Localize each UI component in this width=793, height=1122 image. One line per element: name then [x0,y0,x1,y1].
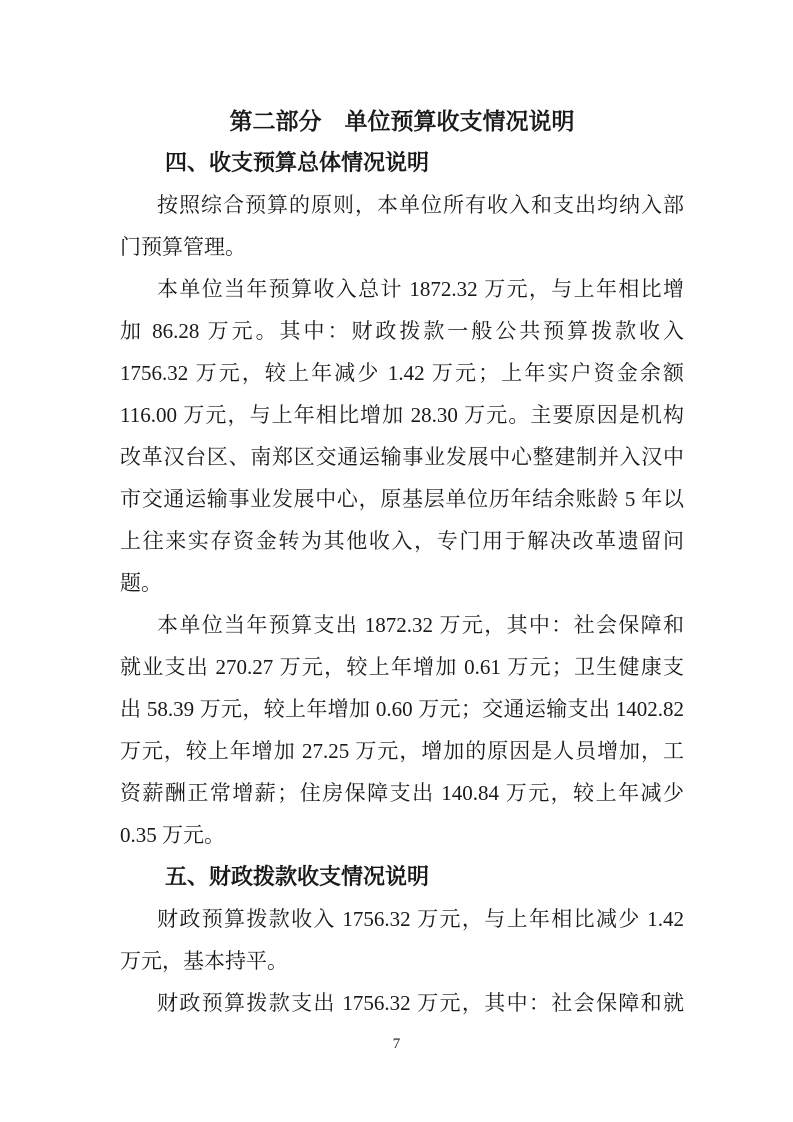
paragraph-line: 万元，基本持平。 [120,940,684,982]
page-number: 7 [0,1032,793,1056]
paragraph-line: 就业支出 270.27 万元，较上年增加 0.61 万元；卫生健康支 [120,646,684,688]
paragraph-line: 加 86.28 万元。其中：财政拨款一般公共预算拨款收入 [120,310,684,352]
part-title: 第二部分 单位预算收支情况说明 [120,100,684,142]
paragraph-line: 出 58.39 万元，较上年增加 0.60 万元；交通运输支出 1402.82 [120,688,684,730]
paragraph-line: 财政预算拨款支出 1756.32 万元，其中：社会保障和就 [120,982,684,1024]
paragraph-line: 按照综合预算的原则，本单位所有收入和支出均纳入部 [120,184,684,226]
paragraph-line: 改革汉台区、南郑区交通运输事业发展中心整建制并入汉中 [120,436,684,478]
paragraph-line: 资薪酬正常增薪；住房保障支出 140.84 万元，较上年减少 [120,772,684,814]
document-content: 第二部分 单位预算收支情况说明 四、收支预算总体情况说明 按照综合预算的原则，本… [120,100,684,1024]
paragraph-line: 题。 [120,562,684,604]
paragraph-line: 门预算管理。 [120,226,684,268]
section-5-heading: 五、财政拨款收支情况说明 [120,856,684,898]
section-4-heading: 四、收支预算总体情况说明 [120,142,684,184]
document-page: 第二部分 单位预算收支情况说明 四、收支预算总体情况说明 按照综合预算的原则，本… [0,0,793,1122]
paragraph-line: 财政预算拨款收入 1756.32 万元，与上年相比减少 1.42 [120,898,684,940]
paragraph-line: 万元，较上年增加 27.25 万元，增加的原因是人员增加，工 [120,730,684,772]
paragraph-line: 0.35 万元。 [120,814,684,856]
paragraph-line: 市交通运输事业发展中心，原基层单位历年结余账龄 5 年以 [120,478,684,520]
paragraph-line: 本单位当年预算支出 1872.32 万元，其中：社会保障和 [120,604,684,646]
paragraph-line: 本单位当年预算收入总计 1872.32 万元，与上年相比增 [120,268,684,310]
paragraph-line: 116.00 万元，与上年相比增加 28.30 万元。主要原因是机构 [120,394,684,436]
paragraph-line: 1756.32 万元，较上年减少 1.42 万元；上年实户资金余额 [120,352,684,394]
paragraph-line: 上往来实存资金转为其他收入，专门用于解决改革遗留问 [120,520,684,562]
